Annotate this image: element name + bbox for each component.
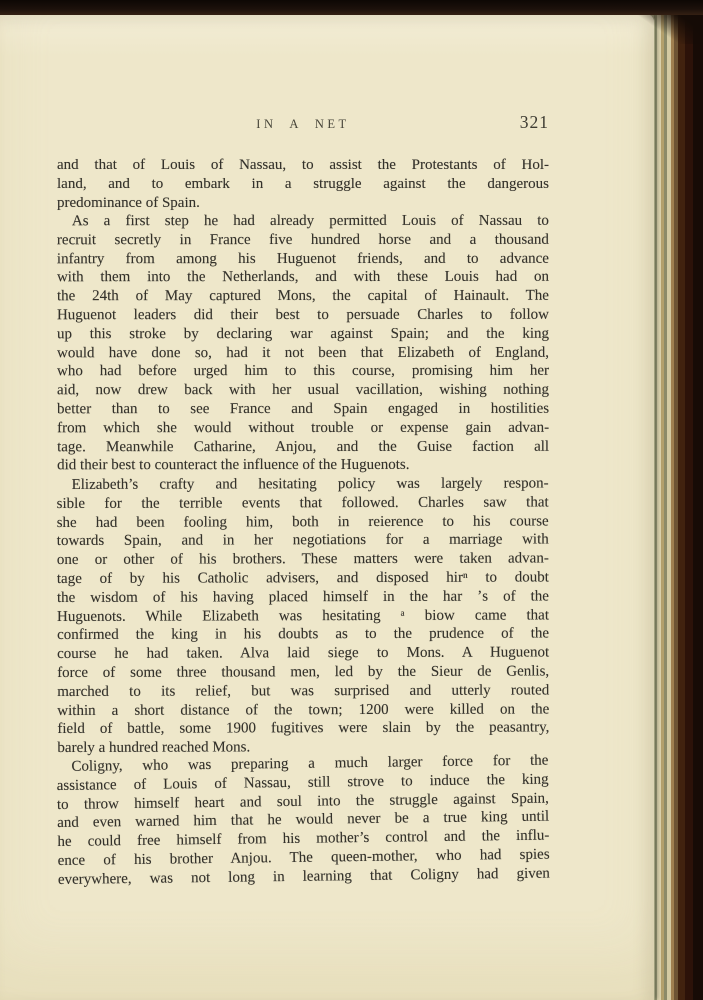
text-line: Huguenots. While Elizabeth was hesitatin… (57, 606, 549, 626)
text-line: Elizabeth’s crafty and hesitating policy… (57, 474, 549, 494)
page-header: IN A NET 321 (57, 117, 549, 137)
running-title: IN A NET (57, 117, 549, 132)
text-line: who had before urged him to this course,… (57, 363, 549, 382)
text-line: from which she would without trouble or … (57, 419, 549, 438)
text-line: force of some three thousand men, led by… (57, 662, 549, 682)
text-line: tage. Meanwhile Catharine, Anjou, and th… (57, 438, 549, 457)
text-line: predominance of Spain. (57, 194, 549, 213)
text-line: Huguenot leaders did their best to persu… (57, 306, 549, 325)
book-scan: IN A NET 321 and that of Louis of Nassau… (0, 0, 703, 1000)
book-page: IN A NET 321 and that of Louis of Nassau… (0, 13, 655, 1000)
text-line: would have done so, had it not been that… (57, 344, 549, 363)
text-line: course he had taken. Alva laid siege to … (57, 643, 549, 663)
text-line: land, and to embark in a struggle agains… (57, 175, 549, 194)
text-line: towards Spain, and in her negotiations f… (57, 530, 549, 550)
text-line: with them into the Netherlands, and with… (57, 269, 549, 288)
paragraph: and that of Louis of Nassau, to assist t… (57, 156, 549, 212)
text-line: marched to its relief, but was surprised… (57, 681, 549, 701)
text-line: the wisdom of his having placed himself … (57, 587, 549, 607)
paragraph: Coligny, who was preparing a much larger… (56, 751, 550, 889)
text-line: she had been fooling him, both in reiere… (57, 512, 549, 532)
text-line: better than to see France and Spain enga… (57, 400, 549, 419)
page-text: and that of Louis of Nassau, to assist t… (57, 156, 549, 889)
text-line: and that of Louis of Nassau, to assist t… (57, 156, 549, 175)
text-line: sible for the terrible events that follo… (57, 493, 549, 513)
page-number: 321 (520, 112, 549, 133)
text-line: the 24th of May captured Mons, the capit… (57, 287, 549, 306)
text-line: infantry from among his Huguenot friends… (57, 250, 549, 269)
text-line: one or other of his brothers. These matt… (57, 549, 549, 569)
text-line: tage of by his Catholic advisers, and di… (57, 568, 549, 588)
paragraph: As a first step he had already permitted… (57, 212, 549, 476)
text-line: did their best to counteract the influen… (57, 457, 549, 476)
text-line: within a short distance of the town; 120… (57, 700, 549, 720)
text-line: As a first step he had already permitted… (57, 212, 549, 231)
book-cover-edge-top (0, 0, 703, 15)
text-line: recruit secretly in France five hundred … (57, 231, 549, 250)
text-line: up this stroke by declaring war against … (57, 325, 549, 344)
paragraph: Elizabeth’s crafty and hesitating policy… (57, 474, 550, 757)
text-line: confirmed the king in his doubts as to t… (57, 624, 549, 644)
text-line: aid, now drew back with her usual vacill… (57, 381, 549, 400)
text-line: field of battle, some 1900 fugitives wer… (57, 718, 549, 738)
